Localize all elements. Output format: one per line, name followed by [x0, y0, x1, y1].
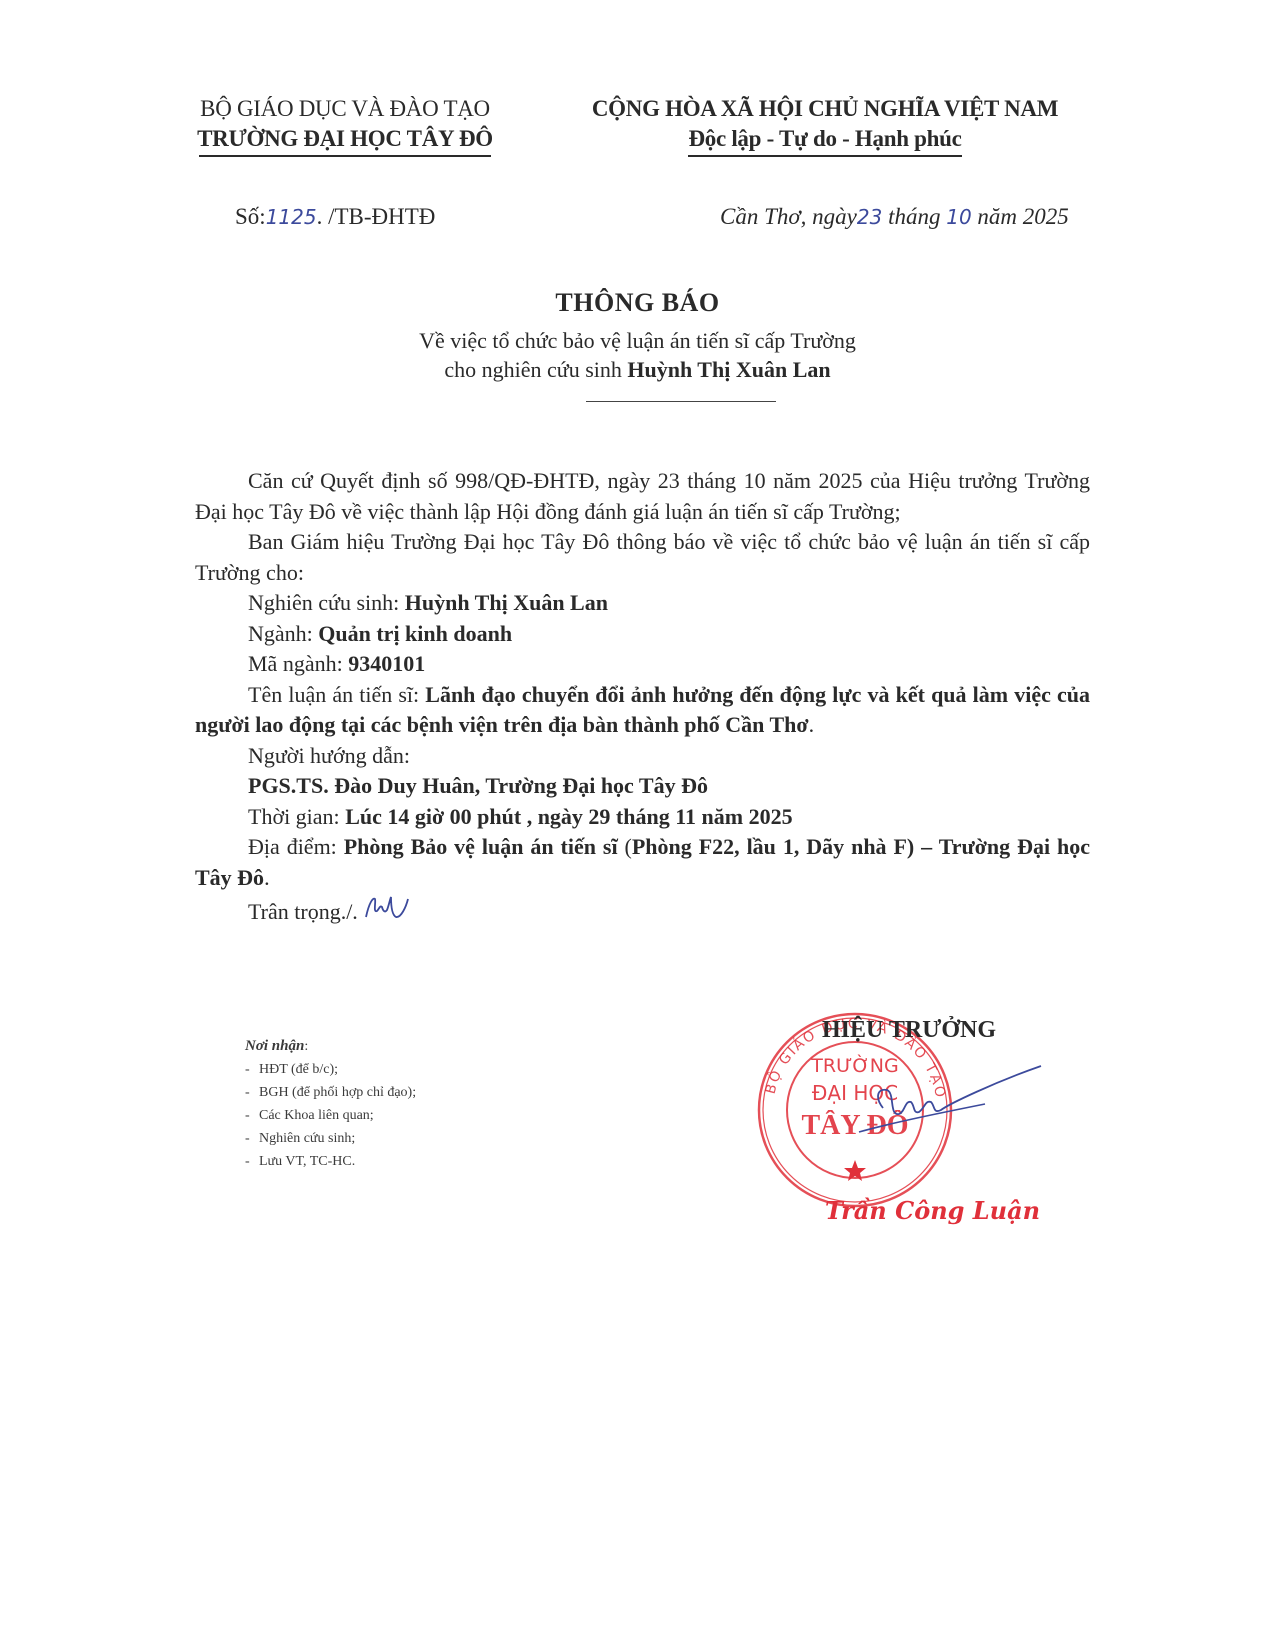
subtitle-line-1: Về việc tổ chức bảo vệ luận án tiến sĩ c… [0, 326, 1275, 355]
initials-signature-icon [363, 893, 409, 923]
subtitle-line-2: cho nghiên cứu sinh Huỳnh Thị Xuân Lan [0, 355, 1275, 384]
handwritten-signature-icon [855, 1060, 1045, 1140]
major-value: Quản trị kinh doanh [318, 621, 512, 646]
recipient-item: Các Khoa liên quan; [245, 1104, 416, 1127]
title-divider [586, 401, 776, 402]
code-value: 9340101 [348, 651, 425, 676]
national-motto: Độc lập - Tự do - Hạnh phúc [688, 124, 961, 154]
motto-underline [688, 155, 961, 157]
month-handwritten: 10 [946, 205, 971, 229]
recipient-item: Nghiên cứu sinh; [245, 1127, 416, 1150]
signatory-title: HIỆU TRƯỞNG [822, 1017, 996, 1044]
day-handwritten: 23 [857, 205, 882, 229]
doc-number-handwritten: 1125 [266, 205, 317, 229]
doc-number-suffix: . /TB-ĐHTĐ [317, 204, 436, 229]
document-title: THÔNG BÁO [0, 288, 1275, 318]
school-underline [199, 155, 491, 157]
closing-line: Trân trọng./. [195, 893, 1090, 928]
time-value: Lúc 14 giờ 00 phút , ngày 29 tháng 11 nă… [345, 804, 792, 829]
signer-name: Trần Công Luận [825, 1196, 1040, 1225]
school-name: TRƯỜNG ĐẠI HỌC TÂY ĐÔ [197, 124, 493, 154]
field-major: Ngành: Quản trị kinh doanh [195, 619, 1090, 650]
year-text: năm 2025 [977, 204, 1068, 229]
major-label: Ngành: [248, 621, 318, 646]
field-major-code: Mã ngành: 9340101 [195, 649, 1090, 680]
subtitle-prefix: cho nghiên cứu sinh [444, 357, 627, 382]
venue-paren: ( [618, 834, 632, 859]
recipients-block: Nơi nhận: HĐT (để b/c); BGH (để phối hợp… [245, 1035, 416, 1173]
school-name-text: TRƯỜNG ĐẠI HỌC TÂY ĐÔ [197, 126, 493, 151]
time-label: Thời gian: [248, 804, 345, 829]
document-subtitle: Về việc tổ chức bảo vệ luận án tiến sĩ c… [0, 326, 1275, 384]
field-advisor-label: Người hướng dẫn: [195, 741, 1090, 772]
document-body: Căn cứ Quyết định số 998/QĐ-ĐHTĐ, ngày 2… [195, 466, 1090, 928]
document-number: Số:1125. /TB-ĐHTĐ [235, 204, 435, 230]
paragraph-legal-basis: Căn cứ Quyết định số 998/QĐ-ĐHTĐ, ngày 2… [195, 466, 1090, 527]
recipients-label-colon: : [304, 1039, 308, 1054]
venue-room: Phòng Bảo vệ luận án tiến sĩ [344, 834, 618, 859]
ministry-name: BỘ GIÁO DỤC VÀ ĐÀO TẠO [150, 94, 540, 124]
doc-number-prefix: Số: [235, 204, 266, 229]
recipient-item: HĐT (để b/c); [245, 1058, 416, 1081]
candidate-label: Nghiên cứu sinh: [248, 590, 405, 615]
place-prefix: Cần Thơ, ngày [720, 204, 857, 229]
field-candidate: Nghiên cứu sinh: Huỳnh Thị Xuân Lan [195, 588, 1090, 619]
code-label: Mã ngành: [248, 651, 348, 676]
republic-name: CỘNG HÒA XÃ HỘI CHỦ NGHĨA VIỆT NAM [545, 94, 1105, 124]
venue-label: Địa điểm: [248, 834, 344, 859]
field-time: Thời gian: Lúc 14 giờ 00 phút , ngày 29 … [195, 802, 1090, 833]
recipients-label: Nơi nhận: [245, 1035, 416, 1058]
venue-end: . [264, 865, 270, 890]
recipient-item: BGH (để phối hợp chỉ đạo); [245, 1081, 416, 1104]
recipient-item: Lưu VT, TC-HC. [245, 1150, 416, 1173]
thesis-end: . [809, 712, 815, 737]
motto-text: Độc lập - Tự do - Hạnh phúc [688, 126, 961, 151]
closing-text: Trân trọng./. [248, 899, 358, 924]
candidate-value: Huỳnh Thị Xuân Lan [405, 590, 608, 615]
recipients-label-text: Nơi nhận [245, 1038, 304, 1054]
subtitle-candidate-name: Huỳnh Thị Xuân Lan [627, 357, 830, 382]
field-venue: Địa điểm: Phòng Bảo vệ luận án tiến sĩ (… [195, 832, 1090, 893]
month-label: tháng [888, 204, 940, 229]
national-header: CỘNG HÒA XÃ HỘI CHỦ NGHĨA VIỆT NAM Độc l… [545, 94, 1105, 154]
thesis-label: Tên luận án tiến sĩ: [248, 682, 425, 707]
field-advisor-value: PGS.TS. Đào Duy Huân, Trường Đại học Tây… [195, 771, 1090, 802]
issuing-authority: BỘ GIÁO DỤC VÀ ĐÀO TẠO TRƯỜNG ĐẠI HỌC TÂ… [150, 94, 540, 154]
paragraph-announcement: Ban Giám hiệu Trường Đại học Tây Đô thôn… [195, 527, 1090, 588]
place-date: Cần Thơ, ngày23 tháng 10 năm 2025 [720, 204, 1069, 230]
field-thesis-title: Tên luận án tiến sĩ: Lãnh đạo chuyển đổi… [195, 680, 1090, 741]
